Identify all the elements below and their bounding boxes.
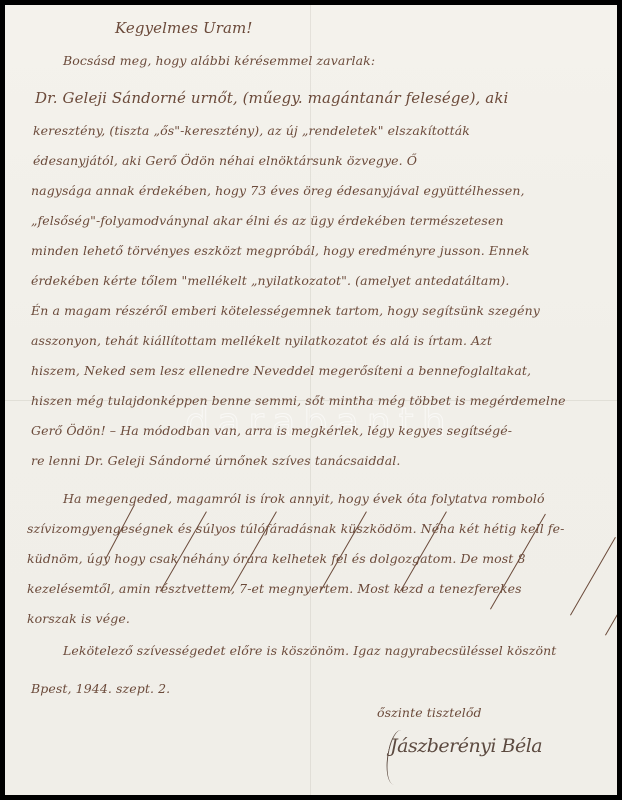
letter-page: darabanth Kegyelmes Uram! Bocsásd meg, h… [5, 5, 617, 795]
paragraph2-line: Ha megengeded, magamról is írok annyit, … [63, 491, 545, 506]
valediction: őszinte tisztelőd [377, 705, 482, 720]
strike-line [605, 566, 617, 636]
salutation: Kegyelmes Uram! [115, 19, 253, 37]
body-line: édesanyjától, aki Gerő Ödön néhai elnökt… [33, 153, 417, 168]
body-line: Bocsásd meg, hogy alábbi kérésemmel zava… [63, 53, 375, 68]
body-line: keresztény, (tiszta „ős"-keresztény), az… [33, 123, 470, 138]
body-line: Dr. Geleji Sándorné urnőt, (műegy. magán… [35, 89, 508, 107]
body-line: hiszen még tulajdonképpen benne semmi, s… [31, 393, 566, 408]
paragraph2-line: korszak is vége. [27, 611, 130, 626]
closing-line: Lekötelező szívességedet előre is köszön… [63, 643, 556, 658]
body-line: Én a magam részéről emberi kötelességemn… [31, 303, 540, 318]
body-line: minden lehető törvényes eszközt megpróbá… [31, 243, 530, 258]
paragraph2-line: kezelésemtől, amin résztvettem, 7-et meg… [27, 581, 522, 596]
signature: Jászberényi Béla [390, 735, 542, 757]
body-line: érdekében kérte tőlem "mellékelt „nyilat… [31, 273, 509, 288]
body-line: asszonyon, tehát kiállítottam mellékelt … [31, 333, 492, 348]
body-line: nagysága annak érdekében, hogy 73 éves ö… [31, 183, 525, 198]
strike-line [570, 537, 616, 616]
body-line: „felsőség"-folyamodványnal akar élni és … [31, 213, 504, 228]
paragraph2-line: küdnöm, úgy hogy csak néhány órára kelhe… [27, 551, 526, 566]
body-line: hiszem, Neked sem lesz ellenedre Nevedde… [31, 363, 531, 378]
body-line: re lenni Dr. Geleji Sándorné úrnőnek szí… [31, 453, 400, 468]
paragraph2-line: szívizomgyengeségnek és súlyos túlófárad… [27, 521, 564, 536]
body-line: Gerő Ödön! – Ha módodban van, arra is me… [31, 423, 512, 438]
date: Bpest, 1944. szept. 2. [31, 681, 170, 696]
